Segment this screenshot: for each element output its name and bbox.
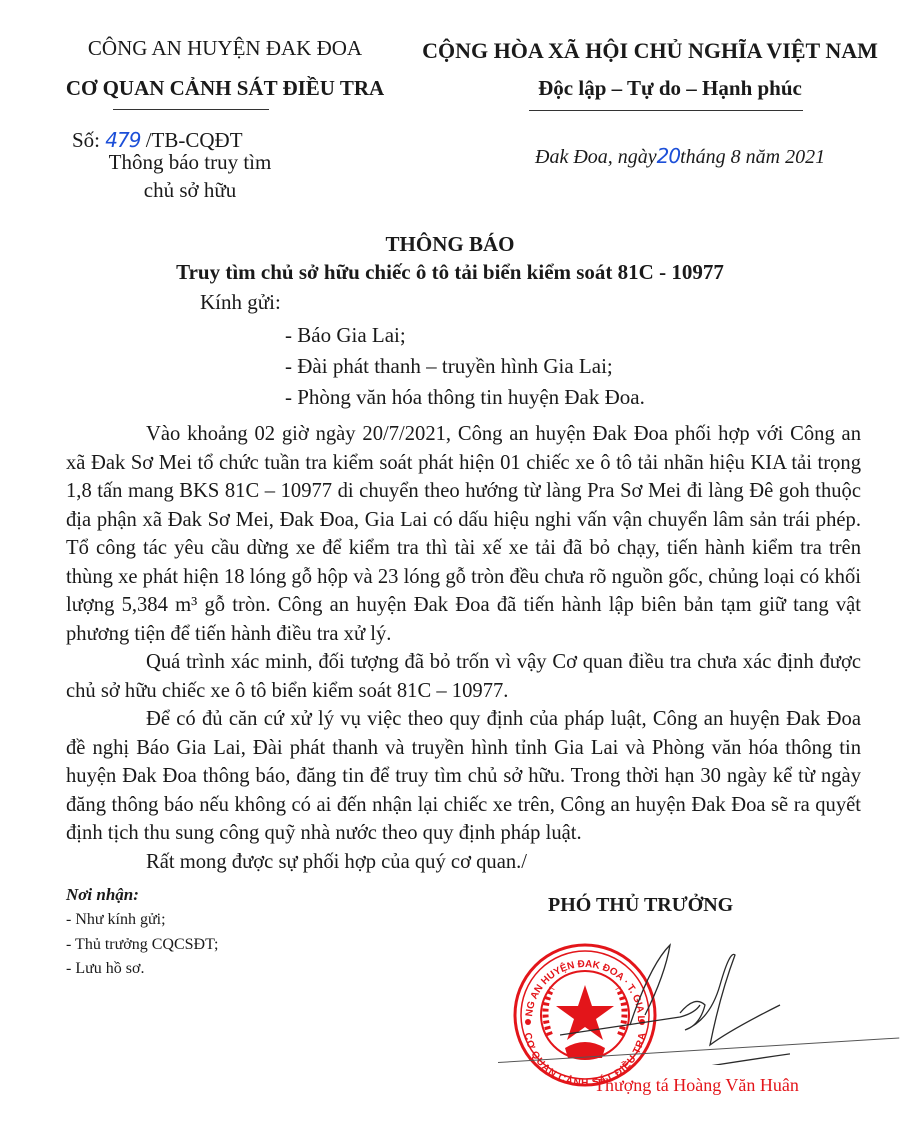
- recipient-item: - Đài phát thanh – truyền hình Gia Lai;: [285, 351, 645, 382]
- document-subtitle: Truy tìm chủ sở hữu chiếc ô tô tải biển …: [0, 260, 900, 285]
- agency-parent: CÔNG AN HUYỆN ĐAK ĐOA: [0, 36, 450, 61]
- closing-line: Rất mong được sự phối hợp của quý cơ qua…: [66, 848, 861, 877]
- distribution-label: Nơi nhận:: [66, 885, 139, 905]
- agency-underline: [113, 109, 269, 110]
- paragraph: Quá trình xác minh, đối tượng đã bỏ trốn…: [66, 648, 861, 705]
- signer-position: PHÓ THỦ TRƯỞNG: [548, 894, 733, 917]
- date-day-handwritten: 20: [657, 144, 680, 168]
- republic-name: CỘNG HÒA XÃ HỘI CHỦ NGHĨA VIỆT NAM: [400, 38, 900, 64]
- recipient-list: - Báo Gia Lai; - Đài phát thanh – truyền…: [285, 320, 645, 413]
- agency-name: CƠ QUAN CẢNH SÁT ĐIỀU TRA: [0, 76, 450, 101]
- distribution-item: - Như kính gửi;: [66, 908, 218, 933]
- document-body: Vào khoảng 02 giờ ngày 20/7/2021, Công a…: [66, 420, 861, 876]
- distribution-item: - Thủ trưởng CQCSĐT;: [66, 933, 218, 958]
- distribution-list: - Như kính gửi; - Thủ trưởng CQCSĐT; - L…: [66, 908, 218, 982]
- motto: Độc lập – Tự do – Hạnh phúc: [520, 76, 820, 101]
- document-title: THÔNG BÁO: [0, 232, 900, 257]
- distribution-item: - Lưu hồ sơ.: [66, 957, 218, 982]
- document-date: Đak Đoa, ngày20tháng 8 năm 2021: [535, 144, 825, 169]
- paragraph: Để có đủ căn cứ xử lý vụ việc theo quy đ…: [66, 705, 861, 848]
- paragraph: Vào khoảng 02 giờ ngày 20/7/2021, Công a…: [66, 420, 861, 648]
- recipient-item: - Báo Gia Lai;: [285, 320, 645, 351]
- recipient-item: - Phòng văn hóa thông tin huyện Đak Đoa.: [285, 382, 645, 413]
- addressee-label: Kính gửi:: [200, 290, 281, 315]
- motto-underline: [529, 110, 803, 111]
- document-subject: Thông báo truy tìm chủ sở hữu: [60, 148, 320, 204]
- signer-name: Thượng tá Hoàng Văn Huân: [594, 1075, 799, 1096]
